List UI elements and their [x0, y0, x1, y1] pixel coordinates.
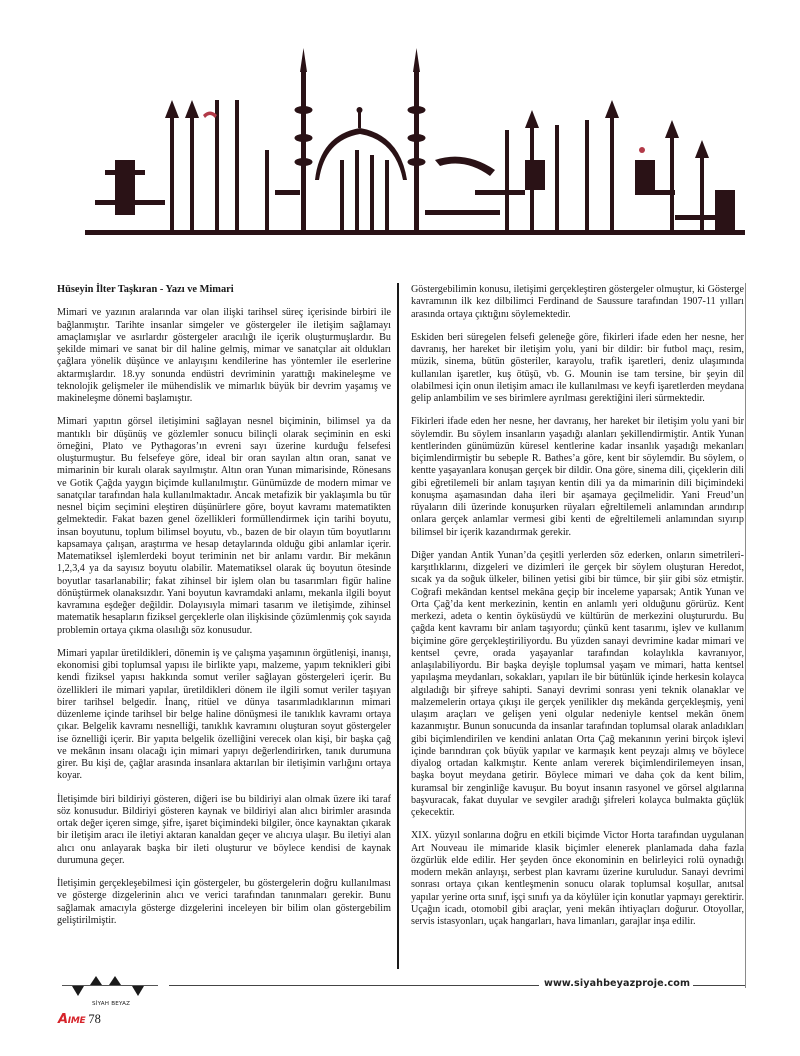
article-paragraph: İletişimde biri bildiriyi gösteren, diğe…: [57, 794, 391, 868]
article-paragraph: Mimari yapıtın görsel iletişimini sağlay…: [57, 416, 391, 637]
article-column-left: Hüseyin İlter Taşkıran - Yazı ve Mimari …: [57, 284, 391, 938]
article-paragraph: Mimari yapılar üretildikleri, dönemin iş…: [57, 648, 391, 783]
page-frame-right-border: [745, 283, 746, 988]
footer-rule-right: [693, 985, 745, 986]
mountain-triangles-icon: [62, 974, 162, 1000]
aime-magazine-logo: AIME: [58, 1012, 85, 1027]
siyah-beyaz-logo: [62, 974, 162, 1000]
column-divider: [397, 283, 399, 969]
page-number: 78: [88, 1012, 101, 1027]
article-paragraph: XIX. yüzyıl sonlarına doğru en etkili bi…: [411, 830, 744, 928]
kufic-calligraphy-illustration: [75, 40, 755, 255]
article-paragraph: Diğer yandan Antik Yunan’da çeşitli yerl…: [411, 550, 744, 820]
siyah-beyaz-logo-text: SİYAH BEYAZ: [92, 1001, 130, 1007]
article-paragraph: Göstergebilimin konusu, iletişimi gerçek…: [411, 284, 744, 321]
article-column-right: Göstergebilimin konusu, iletişimi gerçek…: [411, 284, 744, 939]
magazine-footer: AIME 78: [58, 1011, 101, 1027]
aime-logo-text: IME: [68, 1016, 86, 1026]
website-link[interactable]: www.siyahbeyazproje.com: [544, 978, 690, 989]
calligraphy-banner: [75, 40, 755, 255]
article-paragraph: Fikirleri ifade eden her nesne, her davr…: [411, 416, 744, 539]
article-title: Hüseyin İlter Taşkıran - Yazı ve Mimari: [57, 284, 391, 296]
article-paragraph: Mimari ve yazının aralarında var olan il…: [57, 307, 391, 405]
article-paragraph: Eskiden beri süregelen felsefi geleneğe …: [411, 332, 744, 406]
aime-logo-a-icon: A: [58, 1012, 68, 1027]
footer-rule: [169, 985, 539, 986]
article-paragraph: İletişimin gerçekleşebilmesi için göster…: [57, 878, 391, 927]
